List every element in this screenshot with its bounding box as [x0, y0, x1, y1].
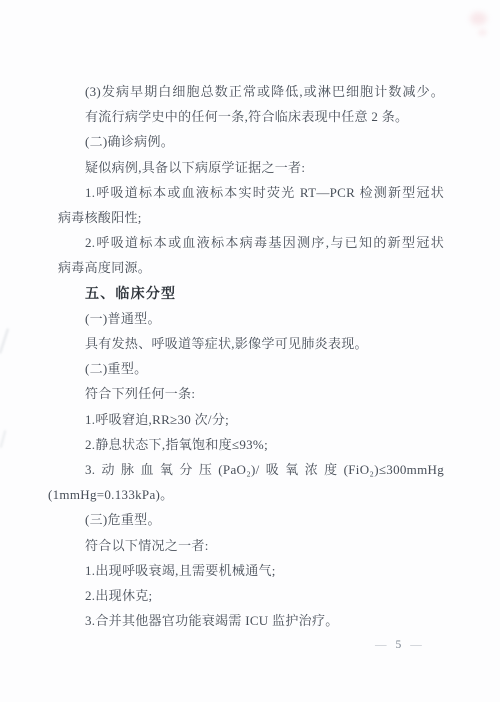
severe-criterion-2: 2.静息状态下,指氧饱和度≤93%;	[58, 432, 444, 457]
section-heading-clinical-classification: 五、临床分型	[58, 281, 444, 306]
subsection-severe-type: (二)重型。	[58, 356, 444, 381]
scan-artifact-edge-streak-lower	[0, 430, 6, 448]
scan-artifact-edge-streak	[0, 328, 9, 353]
critical-criterion-3: 3.合并其他器官功能衰竭需 ICU 监护治疗。	[58, 608, 444, 633]
document-text-block: (3)发病早期白细胞总数正常或降低,或淋巴细胞计数减少。 有流行病学史中的任何一…	[58, 79, 444, 633]
scan-artifact-pink-smudge	[470, 12, 487, 25]
sequencing-criterion-line2: 病毒高度同源。	[58, 255, 444, 280]
footer-right-dash: —	[410, 639, 424, 651]
sequencing-criterion-line1: 2.呼吸道标本或血液标本病毒基因测序,与已知的新型冠状	[58, 230, 444, 255]
subsection-critical-type: (三)危重型。	[58, 507, 444, 532]
critical-criterion-1: 1.出现呼吸衰竭,且需要机械通气;	[58, 558, 444, 583]
severe-criterion-3-line2: (1mmHg=0.133kPa)。	[48, 482, 444, 507]
suspected-case-criterion-3: (3)发病早期白细胞总数正常或降低,或淋巴细胞计数减少。	[58, 79, 444, 104]
confirmed-case-intro: 疑似病例,具备以下病原学证据之一者:	[58, 155, 444, 180]
document-page: (3)发病早期白细胞总数正常或降低,或淋巴细胞计数减少。 有流行病学史中的任何一…	[0, 0, 500, 702]
common-type-description: 具有发热、呼吸道等症状,影像学可见肺炎表现。	[58, 331, 444, 356]
suspected-case-rule: 有流行病学史中的任何一条,符合临床表现中任意 2 条。	[58, 104, 444, 129]
page-number: 5	[389, 639, 411, 651]
severe-type-intro: 符合下列任何一条:	[58, 381, 444, 406]
confirmed-case-heading: (二)确诊病例。	[58, 129, 444, 154]
subsection-common-type: (一)普通型。	[58, 306, 444, 331]
critical-criterion-2: 2.出现休克;	[58, 583, 444, 608]
pcr-criterion-line1: 1.呼吸道标本或血液标本实时荧光 RT—PCR 检测新型冠状	[58, 180, 444, 205]
footer-left-dash: —	[375, 639, 389, 651]
critical-type-intro: 符合以下情况之一者:	[58, 533, 444, 558]
severe-criterion-1: 1.呼吸窘迫,RR≥30 次/分;	[58, 407, 444, 432]
scan-artifact-pink-smudge-small	[478, 29, 487, 36]
severe-criterion-3-line1: 3.动脉血氧分压(PaO₂)/吸氧浓度(FiO₂)≤300mmHg	[58, 457, 444, 482]
pcr-criterion-line2: 病毒核酸阳性;	[58, 205, 444, 230]
page-footer: —5—	[375, 639, 424, 651]
